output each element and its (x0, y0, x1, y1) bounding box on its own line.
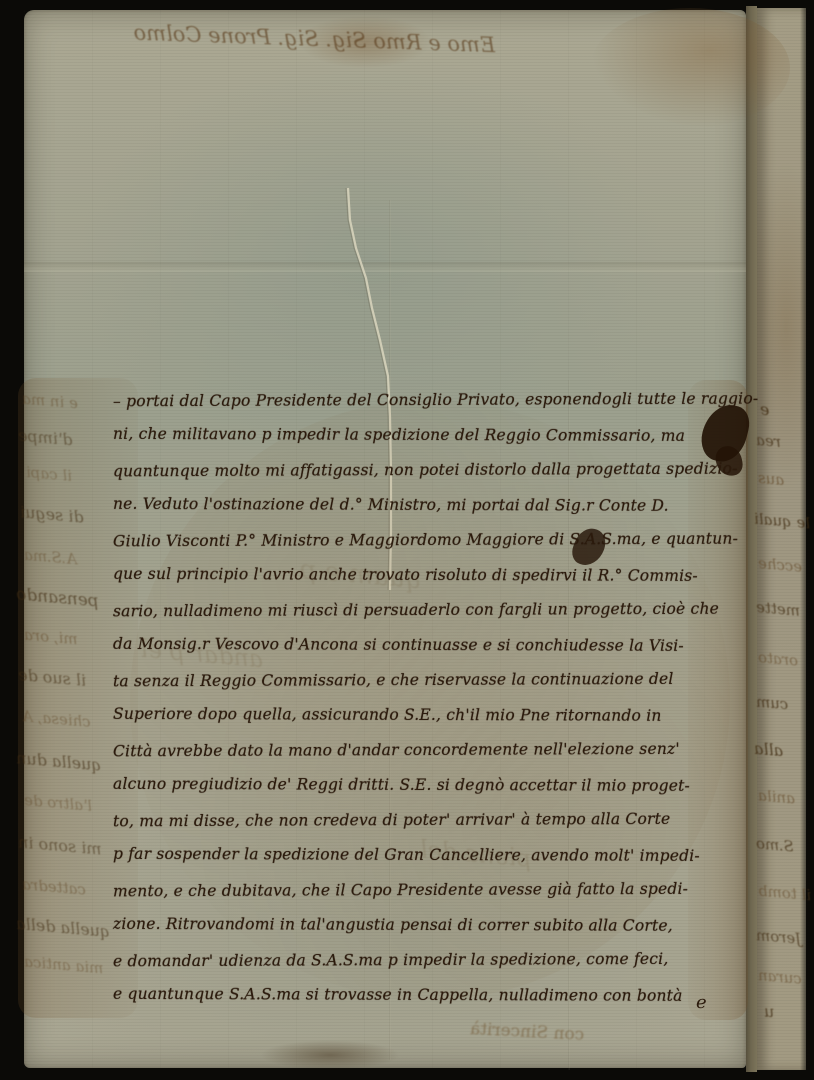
manuscript-line: Superiore dopo quella, assicurando S.E.,… (113, 697, 749, 734)
manuscript-line: sario, nulladimeno mi riuscì di persuade… (113, 592, 749, 630)
right-edge-shadow (800, 0, 814, 1080)
manuscript-line: ta senza il Reggio Commissario, e che ri… (113, 662, 749, 700)
manuscript-line: Città avrebbe dato la mano d'andar conco… (113, 732, 749, 770)
manuscript-line: ne. Veduto l'ostinazione del d.° Ministr… (113, 487, 749, 524)
facing-page-sliver (757, 8, 806, 1070)
manuscript-line: quantunque molto mi affatigassi, non pot… (113, 452, 749, 490)
manuscript-line: alcuno pregiudizio de' Reggi dritti. S.E… (113, 767, 749, 804)
manuscript-line: zione. Ritrovandomi in tal'angustia pens… (113, 907, 749, 944)
manuscript-line: e quantunque S.A.S.ma si trovasse in Cap… (113, 977, 749, 1014)
manuscript-line: mento, e che dubitava, che il Capo Presi… (113, 872, 749, 910)
manuscript-line: p far sospender la spedizione del Gran C… (113, 837, 749, 874)
manuscript-line: e domandar' udienza da S.A.S.ma p impedi… (113, 942, 749, 980)
manuscript-line: – portai dal Capo Presidente del Consigl… (113, 382, 749, 420)
manuscript-line: que sul principio l'avrio anche trovato … (113, 557, 749, 594)
manuscript-photo: Emo e Rmo Sig. Sig. Prone Colmo e in ma … (0, 0, 814, 1080)
manuscript-line: da Monsig.r Vescovo d'Ancona si continua… (113, 627, 749, 664)
manuscript-line: Giulio Visconti P.° Ministro e Maggiordo… (113, 522, 749, 560)
letter-text-block: – portai dal Capo Presidente del Consigl… (113, 383, 749, 1013)
manuscript-line: to, ma mi disse, che non credeva di pote… (113, 802, 749, 840)
catchword: e (696, 992, 707, 1013)
manuscript-line: ni, che militavano p impedir la spedizio… (113, 417, 749, 454)
